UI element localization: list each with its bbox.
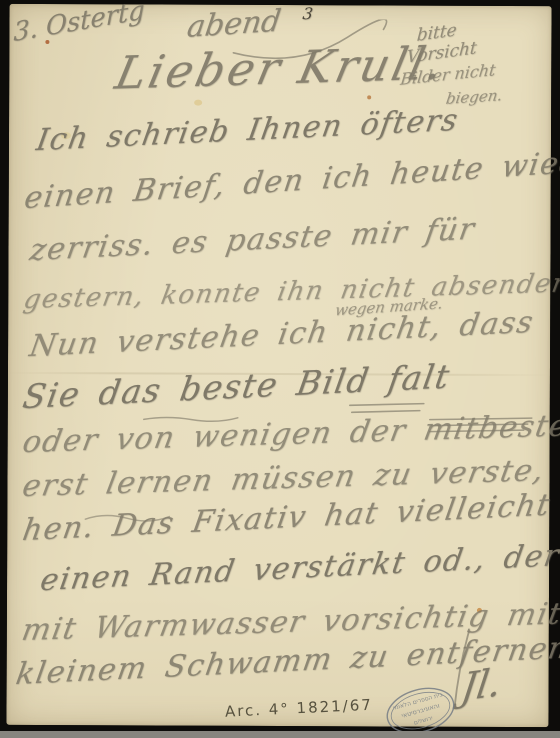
letter-line: oder von wenigen der mitbeste [20, 411, 560, 458]
signature: Jl. [459, 662, 504, 706]
letter-line: zerriss. es passte mir für [28, 215, 478, 267]
scanned-letter-page: 3. Ostertg abend 3 bitte Vorsicht Bilder… [0, 0, 560, 738]
letter-line: einen Rand verstärkt od., der [38, 541, 560, 596]
letter-line: Nun verstehe ich nicht, dass [27, 308, 536, 362]
foxing-spot [194, 100, 202, 106]
page-number: 3 [302, 6, 314, 22]
scanner-bed-strip [0, 731, 560, 738]
foxing-spot [367, 95, 371, 99]
letter-line: einen Brief, den ich heute wieder [22, 145, 560, 214]
time-note: abend [185, 6, 283, 42]
salutation: Lieber Krull. [112, 40, 450, 95]
letter-paper: 3. Ostertg abend 3 bitte Vorsicht Bilder… [6, 4, 551, 727]
library-stamp: בית הספרים הלאומי והאוניברסיטאי ירושלים [380, 679, 462, 738]
letter-line: Ich schrieb Ihnen öfters [34, 106, 461, 157]
archive-mark: Arc. 4° 1821/67 [225, 696, 374, 721]
date-note: 3. Ostertg [13, 0, 144, 46]
letter-line: Sie das beste Bild falt [21, 359, 453, 413]
